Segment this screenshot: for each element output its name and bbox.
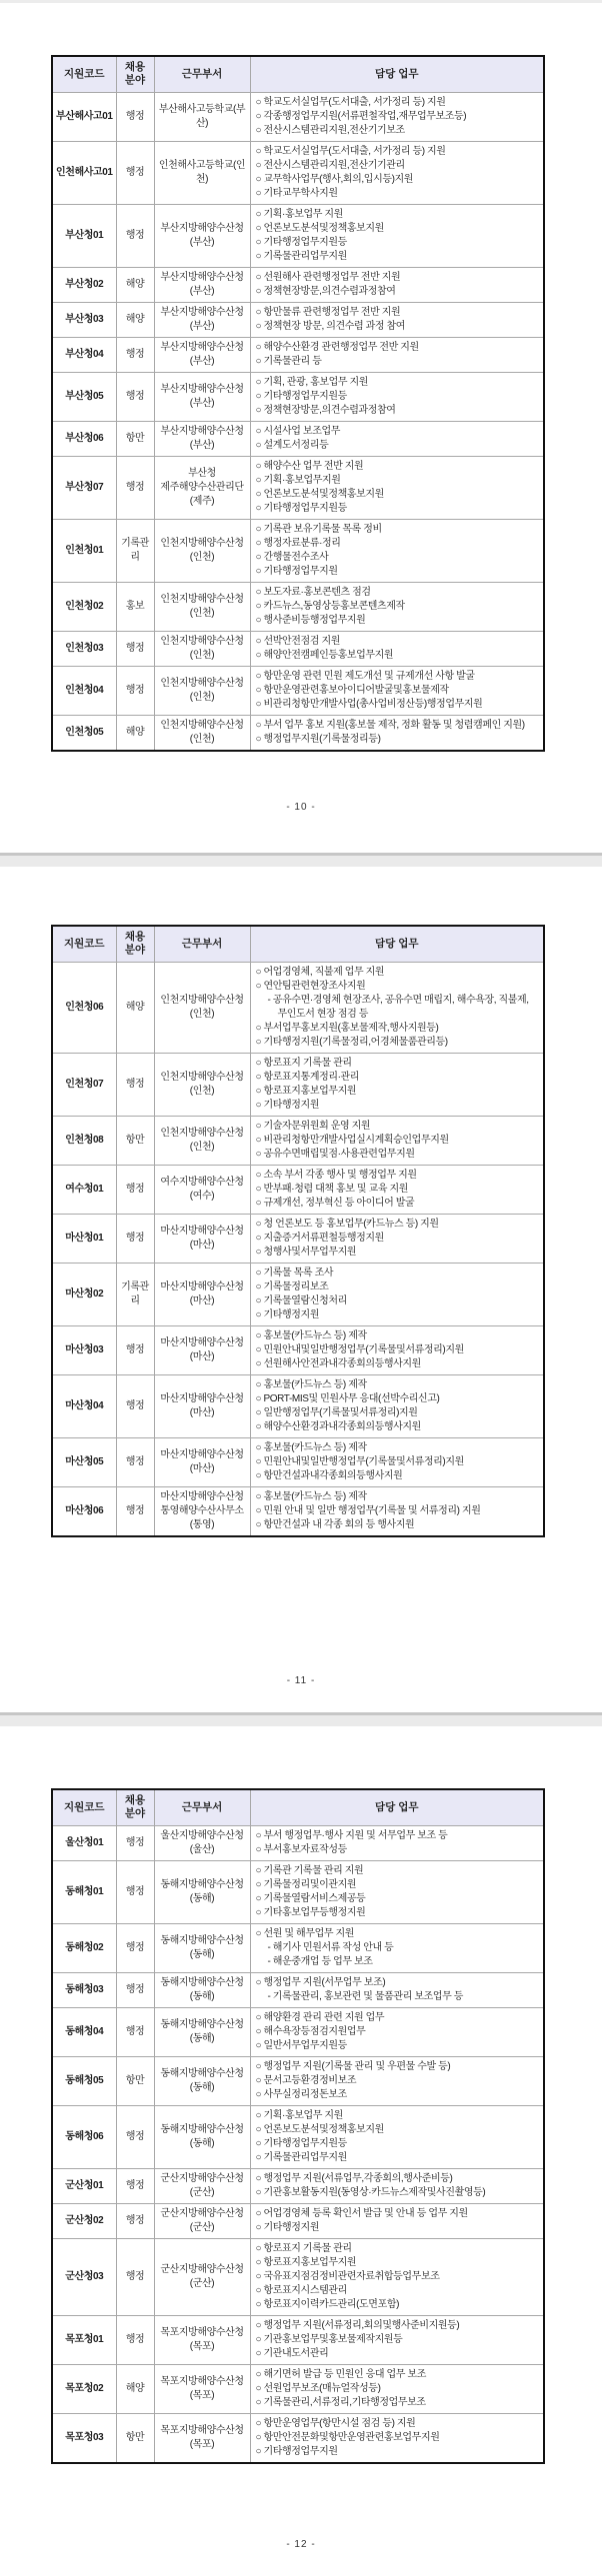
duty-line: ○ 반부패·청렴 대책 홍보 및 교육 지원 <box>256 1183 540 1197</box>
code-cell: 부산청01 <box>52 204 116 267</box>
code-cell: 부산청04 <box>52 337 116 372</box>
duties-cell: ○ 항만운영 관련 민원 제도개선 및 규제개선 사항 발굴○ 항만운영관련홍보… <box>250 666 544 715</box>
duties-cell: ○ 선원해사 관련행정업무 전반 지원○ 정책현장방문,의견수렴과정참여 <box>250 267 544 302</box>
dept-cell: 여수지방해양수산청 (여수) <box>154 1165 250 1214</box>
duty-line: ○ 비관리청항만개발사업실시계획승인업무지원 <box>256 1134 540 1148</box>
header-cell-field: 채용 분야 <box>116 926 154 962</box>
table-row: 동해청05항만동해지방해양수산청 (동해)○ 행정업무 지원(기록물 관리 및 … <box>52 2056 544 2105</box>
table-row: 군산청02행정군산지방해양수산청 (군산)○ 어업경영체 등록 확인서 발급 및… <box>52 2203 544 2238</box>
table-row: 인천청02홍보인천지방해양수산청 (인천)○ 보도자료·홍보콘텐츠 점검○ 카드… <box>52 582 544 631</box>
duty-line: ○ 기록관 기록물 관리 지원 <box>256 1864 540 1878</box>
duty-line: ○ 공유수면매립및점·사용관련업무지원 <box>256 1148 540 1162</box>
code-cell: 목포청03 <box>52 2413 116 2463</box>
duties-cell: ○ 기획·홍보업무 지원○ 언론보도분석및정책홍보지원○ 기타행정업무지원등○ … <box>250 2105 544 2168</box>
duties-cell: ○ 선원 및 해무업무 지원- 해기사 민원서류 작성 안내 등- 해운중개업 … <box>250 1923 544 1972</box>
duty-line: ○ 어업경영체 등록 확인서 발급 및 안내 등 업무 지원 <box>256 2207 540 2221</box>
duties-cell: ○ 기록물 목록 조사○ 기록물정리보조○ 기록물열람신청처리○ 기타행정지원 <box>250 1263 544 1325</box>
duty-line: ○ 기록관 보유기록물 목록 정비 <box>256 523 540 537</box>
table-row: 마산청06행정마산지방해양수산청 통영해양수산사무소 (통영)○ 홍보물(카드뉴… <box>52 1486 544 1536</box>
duty-line: ○ 기록물관리업무지원 <box>256 2151 540 2165</box>
dept-cell: 목포지방해양수산청 (목포) <box>154 2364 250 2413</box>
document-page-10: 지원코드 채용 분야 근무부서 담당 업무 부산해사고01행정부산해사고등학교(… <box>0 3 602 853</box>
table-row: 마산청01행정마산지방해양수산청 (마산)○ 청 언론보도 등 홍보업무(카드뉴… <box>52 1214 544 1263</box>
table-body: 부산해사고01행정부산해사고등학교(부산)○ 학교도서실업무(도서대출, 서가정… <box>52 92 544 751</box>
duty-line: ○ 시설사업 보조업무 <box>256 425 540 439</box>
field-cell: 행정 <box>116 2105 154 2168</box>
table-row: 목포청03항만목포지방해양수산청 (목포)○ 항만운영업무(항만시설 점검 등)… <box>52 2413 544 2463</box>
duty-line: ○ 기타행정지원 <box>256 1099 540 1113</box>
table-row: 인천청01기록관리인천지방해양수산청 (인천)○ 기록관 보유기록물 목록 정비… <box>52 519 544 582</box>
table-row: 마산청04행정마산지방해양수산청 (마산)○ 홍보물(카드뉴스 등) 제작○ P… <box>52 1374 544 1437</box>
field-cell: 행정 <box>116 1165 154 1214</box>
field-cell: 항만 <box>116 1116 154 1165</box>
dept-cell: 마산지방해양수산청 (마산) <box>154 1437 250 1486</box>
duty-line: ○ 기획, 관광, 홍보업무 지원 <box>256 376 540 390</box>
dept-cell: 마산지방해양수산청 (마산) <box>154 1214 250 1263</box>
duties-cell: ○ 홍보물(카드뉴스 등) 제작○ 민원안내및일반행정업무(기록물및서류정리)지… <box>250 1437 544 1486</box>
duty-line: ○ 보도자료·홍보콘텐츠 점검 <box>256 586 540 600</box>
field-cell: 행정 <box>116 1923 154 1972</box>
duties-cell: ○ 홍보물(카드뉴스 등) 제작○ 민원안내및일반행정업무(기록물및서류정리)지… <box>250 1325 544 1374</box>
header-cell-duty: 담당 업무 <box>250 56 544 92</box>
field-cell: 행정 <box>116 2315 154 2364</box>
table-row: 인천해사고01행정인천해사고등학교(인천)○ 학교도서실업무(도서대출, 서가정… <box>52 141 544 204</box>
dept-cell: 동해지방해양수산청 (동해) <box>154 2105 250 2168</box>
code-cell: 군산청01 <box>52 2168 116 2203</box>
duty-line: ○ 항만건설과내각종회의등행사지원 <box>256 1469 540 1483</box>
table-row: 부산청04행정부산지방해양수산청 (부산)○ 해양수산환경 관련행정업무 전반 … <box>52 337 544 372</box>
duty-line: ○ 기록물관리업무지원 <box>256 250 540 264</box>
code-cell: 여수청01 <box>52 1165 116 1214</box>
table-row: 인천청03행정인천지방해양수산청 (인천)○ 선박안전점검 지원○ 해양안전캠페… <box>52 631 544 666</box>
duty-line: ○ 홍보물(카드뉴스 등) 제작 <box>256 1329 540 1343</box>
duty-line: ○ 항만물류 관련행정업무 전반 지원 <box>256 306 540 320</box>
duties-cell: ○ 청 언론보도 등 홍보업무(카드뉴스 등) 지원○ 지출증거서류편철등행정지… <box>250 1214 544 1263</box>
duty-line: ○ 해양수산환경과내각종회의등행사지원 <box>256 1420 540 1434</box>
duties-cell: ○ 항로표지 기록물 관리○ 항로표지통계정리·관리○ 항로표지홍보업무지원○ … <box>250 1053 544 1116</box>
duty-line: ○ 기타행정업무지원등 <box>256 502 540 516</box>
duty-line: ○ 항로표지통계정리·관리 <box>256 1071 540 1085</box>
duty-line: ○ 카드뉴스,동영상등홍보콘텐츠제작 <box>256 600 540 614</box>
dept-cell: 부산지방해양수산청 (부산) <box>154 302 250 337</box>
duty-line: ○ 항만운영 관련 민원 제도개선 및 규제개선 사항 발굴 <box>256 670 540 684</box>
duties-cell: ○ 해양수산환경 관련행정업무 전반 지원○ 기록물관리 등 <box>250 337 544 372</box>
duty-line: ○ 항만건설과 내 각종 회의 등 행사지원 <box>256 1518 540 1532</box>
duty-line: ○ 선원해사 관련행정업무 전반 지원 <box>256 271 540 285</box>
duty-line: ○ 항로표지홍보업무지원 <box>256 2256 540 2270</box>
dept-cell: 부산지방해양수산청 (부산) <box>154 372 250 421</box>
dept-cell: 부산해사고등학교(부산) <box>154 92 250 141</box>
table-row: 동해청04행정동해지방해양수산청 (동해)○ 해양환경 관리 관련 지원 업무○… <box>52 2007 544 2056</box>
field-cell: 행정 <box>116 337 154 372</box>
duty-line: ○ 홍보물(카드뉴스 등) 제작 <box>256 1378 540 1392</box>
duties-cell: ○ 소속 부서 각종 행사 및 행정업무 지원○ 반부패·청렴 대책 홍보 및 … <box>250 1165 544 1214</box>
table-row: 동해청06행정동해지방해양수산청 (동해)○ 기획·홍보업무 지원○ 언론보도분… <box>52 2105 544 2168</box>
code-cell: 인천청03 <box>52 631 116 666</box>
duties-cell: ○ 어업경영체 등록 확인서 발급 및 안내 등 업무 지원○ 기타행정지원 <box>250 2203 544 2238</box>
header-cell-dept: 근무부서 <box>154 926 250 962</box>
dept-cell: 동해지방해양수산청 (동해) <box>154 2056 250 2105</box>
field-cell: 해양 <box>116 302 154 337</box>
duty-line: ○ 행정업무 지원(서류업무,각종회의,행사준비등) <box>256 2172 540 2186</box>
field-cell: 행정 <box>116 2203 154 2238</box>
code-cell: 마산청03 <box>52 1325 116 1374</box>
dept-cell: 동해지방해양수산청 (동해) <box>154 1972 250 2007</box>
page-separator <box>0 853 602 867</box>
code-cell: 마산청02 <box>52 1263 116 1325</box>
document-page-12: 지원코드 채용 분야 근무부서 담당 업무 울산청01행정울산지방해양수산청 (… <box>0 1726 602 2576</box>
duty-line: ○ 국유표지점검정비관련자료취합등업무보조 <box>256 2270 540 2284</box>
header-cell-code: 지원코드 <box>52 1789 116 1825</box>
table-row: 부산해사고01행정부산해사고등학교(부산)○ 학교도서실업무(도서대출, 서가정… <box>52 92 544 141</box>
duty-line: ○ 항로표지홍보업무지원 <box>256 1085 540 1099</box>
dept-cell: 인천지방해양수산청 (인천) <box>154 631 250 666</box>
duty-line: ○ 언론보도분석및정책홍보지원 <box>256 2123 540 2137</box>
code-cell: 인천청06 <box>52 962 116 1053</box>
duty-line: - 해기사 민원서류 작성 안내 등 <box>256 1941 540 1955</box>
duty-line: ○ 선박안전점검 지원 <box>256 635 540 649</box>
field-cell: 행정 <box>116 1214 154 1263</box>
table-row: 인천청07행정인천지방해양수산청 (인천)○ 항로표지 기록물 관리○ 항로표지… <box>52 1053 544 1116</box>
duty-line: ○ 행정업무 지원(기록물 관리 및 우편물 수발 등) <box>256 2060 540 2074</box>
jobs-table: 지원코드 채용 분야 근무부서 담당 업무 울산청01행정울산지방해양수산청 (… <box>51 1788 545 2464</box>
field-cell: 홍보 <box>116 582 154 631</box>
duties-cell: ○ 해양수산 업무 전반 지원○ 기획·홍보업무지원○ 언론보도분석및정책홍보지… <box>250 456 544 519</box>
duty-line: ○ 기획·홍보업무지원 <box>256 474 540 488</box>
duty-line: ○ PORT-MIS및 민원사무 응대(선박수리신고) <box>256 1392 540 1406</box>
dept-cell: 인천지방해양수산청 (인천) <box>154 519 250 582</box>
code-cell: 부산청07 <box>52 456 116 519</box>
duty-line: ○ 기관내도서관리 <box>256 2347 540 2361</box>
code-cell: 마산청04 <box>52 1374 116 1437</box>
code-cell: 인천청08 <box>52 1116 116 1165</box>
duty-line: ○ 민원 안내 및 일반 행정업무(기록물 및 서류정리) 지원 <box>256 1504 540 1518</box>
field-cell: 행정 <box>116 204 154 267</box>
dept-cell: 군산지방해양수산청 (군산) <box>154 2238 250 2315</box>
page-separator <box>0 1712 602 1726</box>
dept-cell: 인천지방해양수산청 (인천) <box>154 1053 250 1116</box>
field-cell: 해양 <box>116 715 154 751</box>
duties-cell: ○ 행정업무 지원(서류업무,각종회의,행사준비등)○ 기관홍보활동지원(동영상… <box>250 2168 544 2203</box>
duty-line: ○ 일반서무업무지원등 <box>256 2039 540 2053</box>
dept-cell: 부산지방해양수산청 (부산) <box>154 267 250 302</box>
duty-line: ○ 설계도서정리등 <box>256 439 540 453</box>
code-cell: 인천청04 <box>52 666 116 715</box>
field-cell: 행정 <box>116 1860 154 1923</box>
header-cell-dept: 근무부서 <box>154 1789 250 1825</box>
duty-line: ○ 행정업무 지원(서류정리,회의및행사준비지원등) <box>256 2319 540 2333</box>
field-cell: 행정 <box>116 666 154 715</box>
duty-line: ○ 선원 및 해무업무 지원 <box>256 1927 540 1941</box>
code-cell: 군산청02 <box>52 2203 116 2238</box>
duty-line: ○ 항로표지 기록물 관리 <box>256 2242 540 2256</box>
duty-line: ○ 각종행정업무지원(서류편철작업,재무업무보조등) <box>256 110 540 124</box>
duty-line: ○ 언론보도분석및정책홍보지원 <box>256 222 540 236</box>
duty-line: ○ 부서 업무 홍보 지원(홍보물 제작, 정화 활동 및 청렴캠페인 지원) <box>256 719 540 733</box>
code-cell: 동해청02 <box>52 1923 116 1972</box>
duty-line: ○ 정책현장방문,의견수렴과정참여 <box>256 285 540 299</box>
duties-cell: ○ 행정업무 지원(기록물 관리 및 우편물 수발 등)○ 문서고등환경정비보조… <box>250 2056 544 2105</box>
table-row: 여수청01행정여수지방해양수산청 (여수)○ 소속 부서 각종 행사 및 행정업… <box>52 1165 544 1214</box>
field-cell: 행정 <box>116 1972 154 2007</box>
duty-line: ○ 행정자료분류·정리 <box>256 537 540 551</box>
duty-line: ○ 규제개선, 정부혁신 등 아이디어 발굴 <box>256 1197 540 1211</box>
field-cell: 행정 <box>116 631 154 666</box>
duty-line: ○ 기록물 목록 조사 <box>256 1267 540 1281</box>
duty-line: ○ 기타행정업무지원등 <box>256 390 540 404</box>
dept-cell: 부산지방해양수산청 (부산) <box>154 421 250 456</box>
dept-cell: 동해지방해양수산청 (동해) <box>154 1923 250 1972</box>
dept-cell: 마산지방해양수산청 통영해양수산사무소 (통영) <box>154 1486 250 1536</box>
table-row: 인천청06해양인천지방해양수산청 (인천)○ 어업경영체, 직불제 업무 지원○… <box>52 962 544 1053</box>
duty-line: ○ 기획·홍보업무 지원 <box>256 2109 540 2123</box>
page-number: - 12 - <box>0 2539 602 2550</box>
table-header-row: 지원코드 채용 분야 근무부서 담당 업무 <box>52 926 544 962</box>
duty-line: ○ 문서고등환경정비보조 <box>256 2074 540 2088</box>
code-cell: 인천청01 <box>52 519 116 582</box>
code-cell: 부산청02 <box>52 267 116 302</box>
duty-line: ○ 부서 행정업무·행사 지원 및 서무업무 보조 등 <box>256 1829 540 1843</box>
duty-line: ○ 해양안전캠페인등홍보업무지원 <box>256 649 540 663</box>
duty-line: ○ 언론보도분석및정책홍보지원 <box>256 488 540 502</box>
duty-line: ○ 기록물정리보조 <box>256 1281 540 1294</box>
dept-cell: 마산지방해양수산청 (마산) <box>154 1263 250 1325</box>
table-header-row: 지원코드 채용 분야 근무부서 담당 업무 <box>52 1789 544 1825</box>
dept-cell: 부산청 제주해양수산관리단 (제주) <box>154 456 250 519</box>
duties-cell: ○ 학교도서실업무(도서대출, 서가정리 등) 지원○ 각종행정업무지원(서류편… <box>250 92 544 141</box>
field-cell: 행정 <box>116 1053 154 1116</box>
code-cell: 목포청02 <box>52 2364 116 2413</box>
duty-line: ○ 기록물열람서비스제공등 <box>256 1892 540 1906</box>
duties-cell: ○ 행정업무 지원(서무업무 보조)- 기록물관리, 홍보관련 및 물품관리 보… <box>250 1972 544 2007</box>
table-row: 부산청02해양부산지방해양수산청 (부산)○ 선원해사 관련행정업무 전반 지원… <box>52 267 544 302</box>
duty-line: ○ 항만운영업무(항만시설 점검 등) 지원 <box>256 2417 540 2431</box>
duty-line: ○ 홍보물(카드뉴스 등) 제작 <box>256 1441 540 1455</box>
header-cell-code: 지원코드 <box>52 926 116 962</box>
duty-line: ○ 학교도서실업무(도서대출, 서가정리 등) 지원 <box>256 145 540 159</box>
duty-line: ○ 기관홍보활동지원(동영상·카드뉴스제작및사진촬영등) <box>256 2186 540 2200</box>
field-cell: 행정 <box>116 92 154 141</box>
table-body: 인천청06해양인천지방해양수산청 (인천)○ 어업경영체, 직불제 업무 지원○… <box>52 962 544 1536</box>
duty-line: ○ 해기면허 발급 등 민원인 응대 업무 보조 <box>256 2368 540 2382</box>
duty-line: ○ 기록물열람신청처리 <box>256 1294 540 1308</box>
duty-line: ○ 기타행정지원 <box>256 1308 540 1322</box>
field-cell: 항만 <box>116 2413 154 2463</box>
field-cell: 행정 <box>116 1437 154 1486</box>
table-row: 동해청03행정동해지방해양수산청 (동해)○ 행정업무 지원(서무업무 보조)-… <box>52 1972 544 2007</box>
dept-cell: 인천지방해양수산청 (인천) <box>154 715 250 751</box>
duty-line: - 기록물관리, 홍보관련 및 물품관리 보조업무 등 <box>256 1990 540 2004</box>
document-page-11: 지원코드 채용 분야 근무부서 담당 업무 인천청06해양인천지방해양수산청 (… <box>0 867 602 1712</box>
code-cell: 동해청04 <box>52 2007 116 2056</box>
dept-cell: 동해지방해양수산청 (동해) <box>154 2007 250 2056</box>
duty-line: ○ 기타행정지원 <box>256 2221 540 2235</box>
code-cell: 인천청07 <box>52 1053 116 1116</box>
table-header-row: 지원코드 채용 분야 근무부서 담당 업무 <box>52 56 544 92</box>
page-number: - 11 - <box>0 1675 602 1686</box>
duty-line: ○ 학교도서실업무(도서대출, 서가정리 등) 지원 <box>256 96 540 110</box>
table-row: 군산청01행정군산지방해양수산청 (군산)○ 행정업무 지원(서류업무,각종회의… <box>52 2168 544 2203</box>
field-cell: 항만 <box>116 2056 154 2105</box>
duties-cell: ○ 홍보물(카드뉴스 등) 제작○ PORT-MIS및 민원사무 응대(선박수리… <box>250 1374 544 1437</box>
duty-line: ○ 소속 부서 각종 행사 및 행정업무 지원 <box>256 1169 540 1183</box>
duty-line: ○ 항로표지이력카드관리(도면포함) <box>256 2298 540 2312</box>
table-row: 부산청07행정부산청 제주해양수산관리단 (제주)○ 해양수산 업무 전반 지원… <box>52 456 544 519</box>
table-header: 지원코드 채용 분야 근무부서 담당 업무 <box>52 926 544 962</box>
table-row: 부산청01행정부산지방해양수산청 (부산)○ 기획·홍보업무 지원○ 언론보도분… <box>52 204 544 267</box>
duties-cell: ○ 기술자문위원회 운영 지원○ 비관리청항만개발사업실시계획승인업무지원○ 공… <box>250 1116 544 1165</box>
dept-cell: 인천해사고등학교(인천) <box>154 141 250 204</box>
field-cell: 해양 <box>116 267 154 302</box>
field-cell: 해양 <box>116 2364 154 2413</box>
duty-line: ○ 항만안전문화및항만운영관련홍보업무지원 <box>256 2431 540 2445</box>
code-cell: 부산청06 <box>52 421 116 456</box>
duty-line: ○ 항로표지 기록물 관리 <box>256 1057 540 1071</box>
duties-cell: ○ 홍보물(카드뉴스 등) 제작○ 민원 안내 및 일반 행정업무(기록물 및 … <box>250 1486 544 1536</box>
table-header: 지원코드 채용 분야 근무부서 담당 업무 <box>52 1789 544 1825</box>
duty-line: ○ 연안팀관련현장조사지원 <box>256 980 540 994</box>
duty-line: ○ 해양수산환경 관련행정업무 전반 지원 <box>256 341 540 355</box>
duty-line: ○ 기타행정업무지원등 <box>256 2137 540 2151</box>
table-row: 목포청01행정목포지방해양수산청 (목포)○ 행정업무 지원(서류정리,회의및행… <box>52 2315 544 2364</box>
table-row: 마산청05행정마산지방해양수산청 (마산)○ 홍보물(카드뉴스 등) 제작○ 민… <box>52 1437 544 1486</box>
table-row: 부산청05행정부산지방해양수산청 (부산)○ 기획, 관광, 홍보업무 지원○ … <box>52 372 544 421</box>
duties-cell: ○ 어업경영체, 직불제 업무 지원○ 연안팀관련현장조사지원- 공유수면·경영… <box>250 962 544 1053</box>
duty-line: ○ 기획·홍보업무 지원 <box>256 208 540 222</box>
duty-line: ○ 청행사및서무업무지원 <box>256 1246 540 1260</box>
table-header: 지원코드 채용 분야 근무부서 담당 업무 <box>52 56 544 92</box>
code-cell: 마산청06 <box>52 1486 116 1536</box>
field-cell: 해양 <box>116 962 154 1053</box>
header-cell-duty: 담당 업무 <box>250 926 544 962</box>
code-cell: 인천해사고01 <box>52 141 116 204</box>
dept-cell: 마산지방해양수산청 (마산) <box>154 1325 250 1374</box>
duty-line: ○ 기타홍보업무등행정지원 <box>256 1906 540 1920</box>
duty-line: ○ 해양환경 관리 관련 지원 업무 <box>256 2011 540 2025</box>
duty-line: ○ 민원안내및일반행정업무(기록물및서류정리)지원 <box>256 1455 540 1469</box>
duty-line: ○ 사무실정리정돈보조 <box>256 2088 540 2102</box>
duties-cell: ○ 부서 행정업무·행사 지원 및 서무업무 보조 등○ 부서홍보자료작성등 <box>250 1825 544 1860</box>
code-cell: 동해청06 <box>52 2105 116 2168</box>
field-cell: 행정 <box>116 456 154 519</box>
table-row: 목포청02해양목포지방해양수산청 (목포)○ 해기면허 발급 등 민원인 응대 … <box>52 2364 544 2413</box>
duty-line: ○ 교무학사업무(행사,회의,입시등)지원 <box>256 173 540 187</box>
duties-cell: ○ 해기면허 발급 등 민원인 응대 업무 보조○ 선원업무보조(매뉴얼작성등)… <box>250 2364 544 2413</box>
field-cell: 행정 <box>116 1374 154 1437</box>
duty-line: ○ 해양수산 업무 전반 지원 <box>256 460 540 474</box>
dept-cell: 목포지방해양수산청 (목포) <box>154 2413 250 2463</box>
duty-line: ○ 해수욕장등점검지원업무 <box>256 2025 540 2039</box>
duty-line: ○ 기타행정지원(기록물정리,어경체물품관리등) <box>256 1036 540 1050</box>
header-cell-field: 채용 분야 <box>116 1789 154 1825</box>
table-row: 동해청01행정동해지방해양수산청 (동해)○ 기록관 기록물 관리 지원○ 기록… <box>52 1860 544 1923</box>
code-cell: 군산청03 <box>52 2238 116 2315</box>
duty-line: - 해운중개업 등 업무 보조 <box>256 1955 540 1969</box>
dept-cell: 인천지방해양수산청 (인천) <box>154 582 250 631</box>
duties-cell: ○ 항로표지 기록물 관리○ 항로표지홍보업무지원○ 국유표지점검정비관련자료취… <box>250 2238 544 2315</box>
duty-line: ○ 비관리청항만개발사업(총사업비정산등)행정업무지원 <box>256 698 540 712</box>
duty-line: ○ 선원업무보조(매뉴얼작성등) <box>256 2382 540 2396</box>
table-row: 동해청02행정동해지방해양수산청 (동해)○ 선원 및 해무업무 지원- 해기사… <box>52 1923 544 1972</box>
code-cell: 인천청02 <box>52 582 116 631</box>
header-cell-dept: 근무부서 <box>154 56 250 92</box>
table-row: 군산청03행정군산지방해양수산청 (군산)○ 항로표지 기록물 관리○ 항로표지… <box>52 2238 544 2315</box>
table-body: 울산청01행정울산지방해양수산청 (울산)○ 부서 행정업무·행사 지원 및 서… <box>52 1825 544 2463</box>
table-row: 부산청06항만부산지방해양수산청 (부산)○ 시설사업 보조업무○ 설계도서정리… <box>52 421 544 456</box>
duties-cell: ○ 기록관 기록물 관리 지원○ 기록물정리및이관지원○ 기록물열람서비스제공등… <box>250 1860 544 1923</box>
dept-cell: 마산지방해양수산청 (마산) <box>154 1374 250 1437</box>
table-row: 인천청08항만인천지방해양수산청 (인천)○ 기술자문위원회 운영 지원○ 비관… <box>52 1116 544 1165</box>
code-cell: 동해청03 <box>52 1972 116 2007</box>
dept-cell: 동해지방해양수산청 (동해) <box>154 1860 250 1923</box>
code-cell: 동해청01 <box>52 1860 116 1923</box>
duty-line: ○ 행사준비등행정업무지원 <box>256 614 540 628</box>
code-cell: 마산청01 <box>52 1214 116 1263</box>
field-cell: 기록관리 <box>116 1263 154 1325</box>
dept-cell: 인천지방해양수산청 (인천) <box>154 666 250 715</box>
field-cell: 행정 <box>116 2007 154 2056</box>
code-cell: 부산청03 <box>52 302 116 337</box>
duty-line: ○ 선원해사안전과내각종회의등행사지원 <box>256 1357 540 1371</box>
field-cell: 기록관리 <box>116 519 154 582</box>
field-cell: 행정 <box>116 2238 154 2315</box>
page-number: - 10 - <box>0 802 602 813</box>
code-cell: 인천청05 <box>52 715 116 751</box>
duty-line: ○ 기록물관리,서류정리,기타행정업무보조 <box>256 2396 540 2410</box>
field-cell: 항만 <box>116 421 154 456</box>
duty-line: ○ 기타교무학사지원 <box>256 187 540 201</box>
table-row: 마산청03행정마산지방해양수산청 (마산)○ 홍보물(카드뉴스 등) 제작○ 민… <box>52 1325 544 1374</box>
duty-line: ○ 행정업무 지원(서무업무 보조) <box>256 1976 540 1990</box>
code-cell: 부산해사고01 <box>52 92 116 141</box>
jobs-table: 지원코드 채용 분야 근무부서 담당 업무 인천청06해양인천지방해양수산청 (… <box>51 925 545 1537</box>
duty-line: ○ 기록물정리및이관지원 <box>256 1878 540 1892</box>
code-cell: 마산청05 <box>52 1437 116 1486</box>
duty-line: ○ 기록물관리 등 <box>256 355 540 369</box>
duties-cell: ○ 항만물류 관련행정업무 전반 지원○ 정책현장 방문, 의견수렴 과정 참여 <box>250 302 544 337</box>
duties-cell: ○ 선박안전점검 지원○ 해양안전캠페인등홍보업무지원 <box>250 631 544 666</box>
duty-line: ○ 일반행정업무(기록물및서류정리)지원 <box>256 1406 540 1420</box>
duties-cell: ○ 학교도서실업무(도서대출, 서가정리 등) 지원○ 전산시스템관리지원,전산… <box>250 141 544 204</box>
duty-line: ○ 민원안내및일반행정업무(기록물및서류정리)지원 <box>256 1343 540 1357</box>
duty-line: ○ 청 언론보도 등 홍보업무(카드뉴스 등) 지원 <box>256 1218 540 1232</box>
jobs-table: 지원코드 채용 분야 근무부서 담당 업무 부산해사고01행정부산해사고등학교(… <box>51 55 545 752</box>
duty-line: ○ 홍보물(카드뉴스 등) 제작 <box>256 1490 540 1504</box>
field-cell: 행정 <box>116 1825 154 1860</box>
duties-cell: ○ 시설사업 보조업무○ 설계도서정리등 <box>250 421 544 456</box>
table-row: 부산청03해양부산지방해양수산청 (부산)○ 항만물류 관련행정업무 전반 지원… <box>52 302 544 337</box>
duty-line: ○ 간행물전수조사 <box>256 551 540 565</box>
code-cell: 부산청05 <box>52 372 116 421</box>
table-row: 울산청01행정울산지방해양수산청 (울산)○ 부서 행정업무·행사 지원 및 서… <box>52 1825 544 1860</box>
duty-line: ○ 행정업무지원(기록물정리등) <box>256 733 540 747</box>
duty-line: ○ 정책현장방문,의견수렴과정참여 <box>256 404 540 418</box>
dept-cell: 인천지방해양수산청 (인천) <box>154 962 250 1053</box>
table-row: 인천청05해양인천지방해양수산청 (인천)○ 부서 업무 홍보 지원(홍보물 제… <box>52 715 544 751</box>
dept-cell: 부산지방해양수산청 (부산) <box>154 337 250 372</box>
code-cell: 울산청01 <box>52 1825 116 1860</box>
dept-cell: 부산지방해양수산청 (부산) <box>154 204 250 267</box>
duties-cell: ○ 기록관 보유기록물 목록 정비○ 행정자료분류·정리○ 간행물전수조사○ 기… <box>250 519 544 582</box>
duty-line: ○ 기타행정업무지원 <box>256 2445 540 2459</box>
duty-line: ○ 전산시스템관리지원,전산기기보조 <box>256 124 540 138</box>
dept-cell: 목포지방해양수산청 (목포) <box>154 2315 250 2364</box>
duty-line: ○ 어업경영체, 직불제 업무 지원 <box>256 966 540 980</box>
header-cell-duty: 담당 업무 <box>250 1789 544 1825</box>
dept-cell: 군산지방해양수산청 (군산) <box>154 2203 250 2238</box>
code-cell: 동해청05 <box>52 2056 116 2105</box>
field-cell: 행정 <box>116 2168 154 2203</box>
